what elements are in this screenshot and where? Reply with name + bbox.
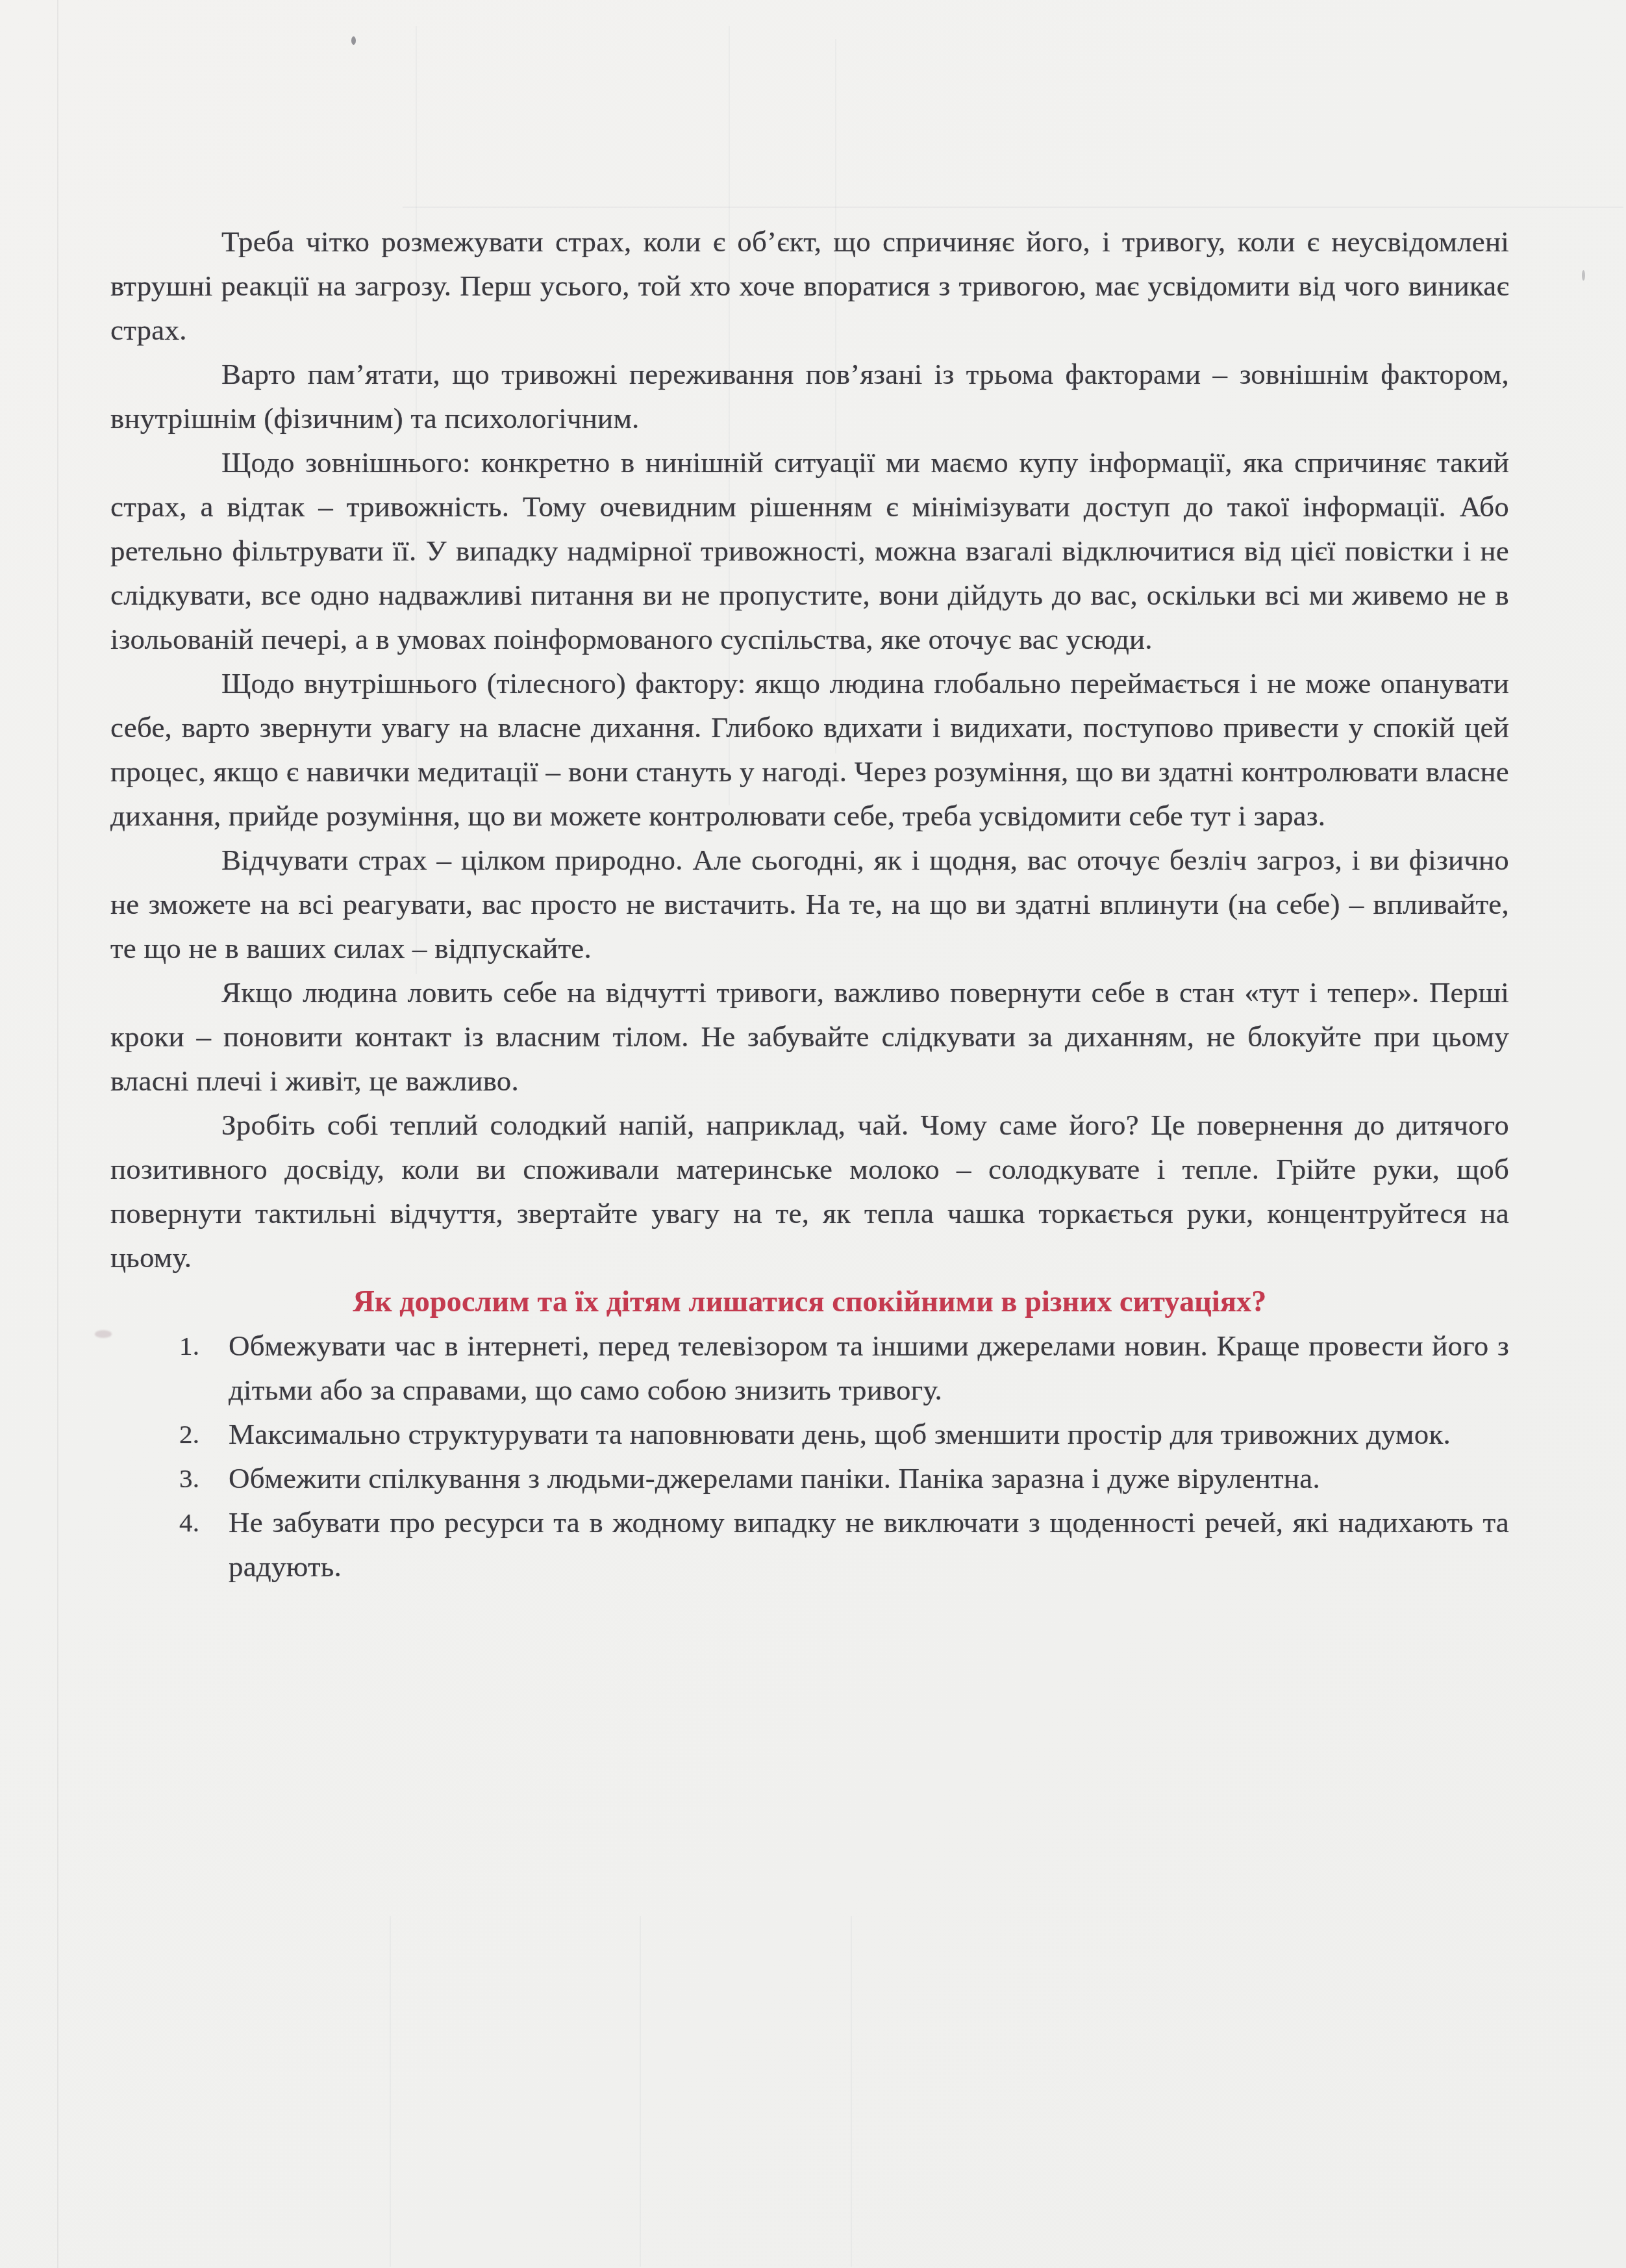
list-number: 1.	[179, 1324, 199, 1368]
scan-edge-line	[57, 0, 58, 2268]
scanned-page: Треба чітко розмежувати страх, коли є об…	[0, 0, 1626, 2268]
list-item-text: Не забувати про ресурси та в жодному вип…	[229, 1506, 1509, 1583]
list-number: 3.	[179, 1456, 199, 1500]
paragraph-three-factors: Варто пам’ятати, що тривожні переживання…	[110, 352, 1509, 440]
paragraph-internal-factor: Щодо внутрішнього (тілесного) фактору: я…	[110, 661, 1509, 838]
scan-speck	[1582, 270, 1585, 281]
scan-smudge	[95, 1330, 112, 1338]
list-number: 4.	[179, 1500, 199, 1544]
document-text-column: Треба чітко розмежувати страх, коли є об…	[110, 220, 1509, 1589]
section-heading: Як дорослим та їх дітям лишатися спокійн…	[110, 1279, 1509, 1324]
paragraph-here-and-now: Якщо людина ловить себе на відчутті трив…	[110, 970, 1509, 1103]
bleed-through-line	[390, 1916, 391, 2267]
scan-speck	[351, 36, 356, 45]
list-item-text: Обмежувати час в інтернеті, перед телеві…	[229, 1329, 1509, 1406]
list-number: 2.	[179, 1412, 199, 1456]
advice-list: 1. Обмежувати час в інтернеті, перед тел…	[110, 1324, 1509, 1589]
paragraph-fear-vs-anxiety: Треба чітко розмежувати страх, коли є об…	[110, 220, 1509, 352]
paragraph-feeling-fear: Відчувати страх – цілком природно. Але с…	[110, 838, 1509, 970]
bleed-through-line	[851, 1916, 852, 2267]
bleed-through-line	[403, 207, 1623, 208]
list-item-text: Максимально структурувати та наповнювати…	[229, 1418, 1451, 1450]
list-item-text: Обмежити спілкування з людьми-джерелами …	[229, 1462, 1320, 1494]
advice-item-remember-resources: 4. Не забувати про ресурси та в жодному …	[110, 1500, 1509, 1589]
paragraph-warm-drink: Зробіть собі теплий солодкий напій, напр…	[110, 1103, 1509, 1279]
advice-item-structure-day: 2. Максимально структурувати та наповнюв…	[110, 1412, 1509, 1456]
bleed-through-line	[640, 1916, 641, 2267]
advice-item-limit-news: 1. Обмежувати час в інтернеті, перед тел…	[110, 1324, 1509, 1412]
paragraph-external-factor: Щодо зовнішнього: конкретно в нинішній с…	[110, 440, 1509, 661]
advice-item-limit-panic-people: 3. Обмежити спілкування з людьми-джерела…	[110, 1456, 1509, 1500]
